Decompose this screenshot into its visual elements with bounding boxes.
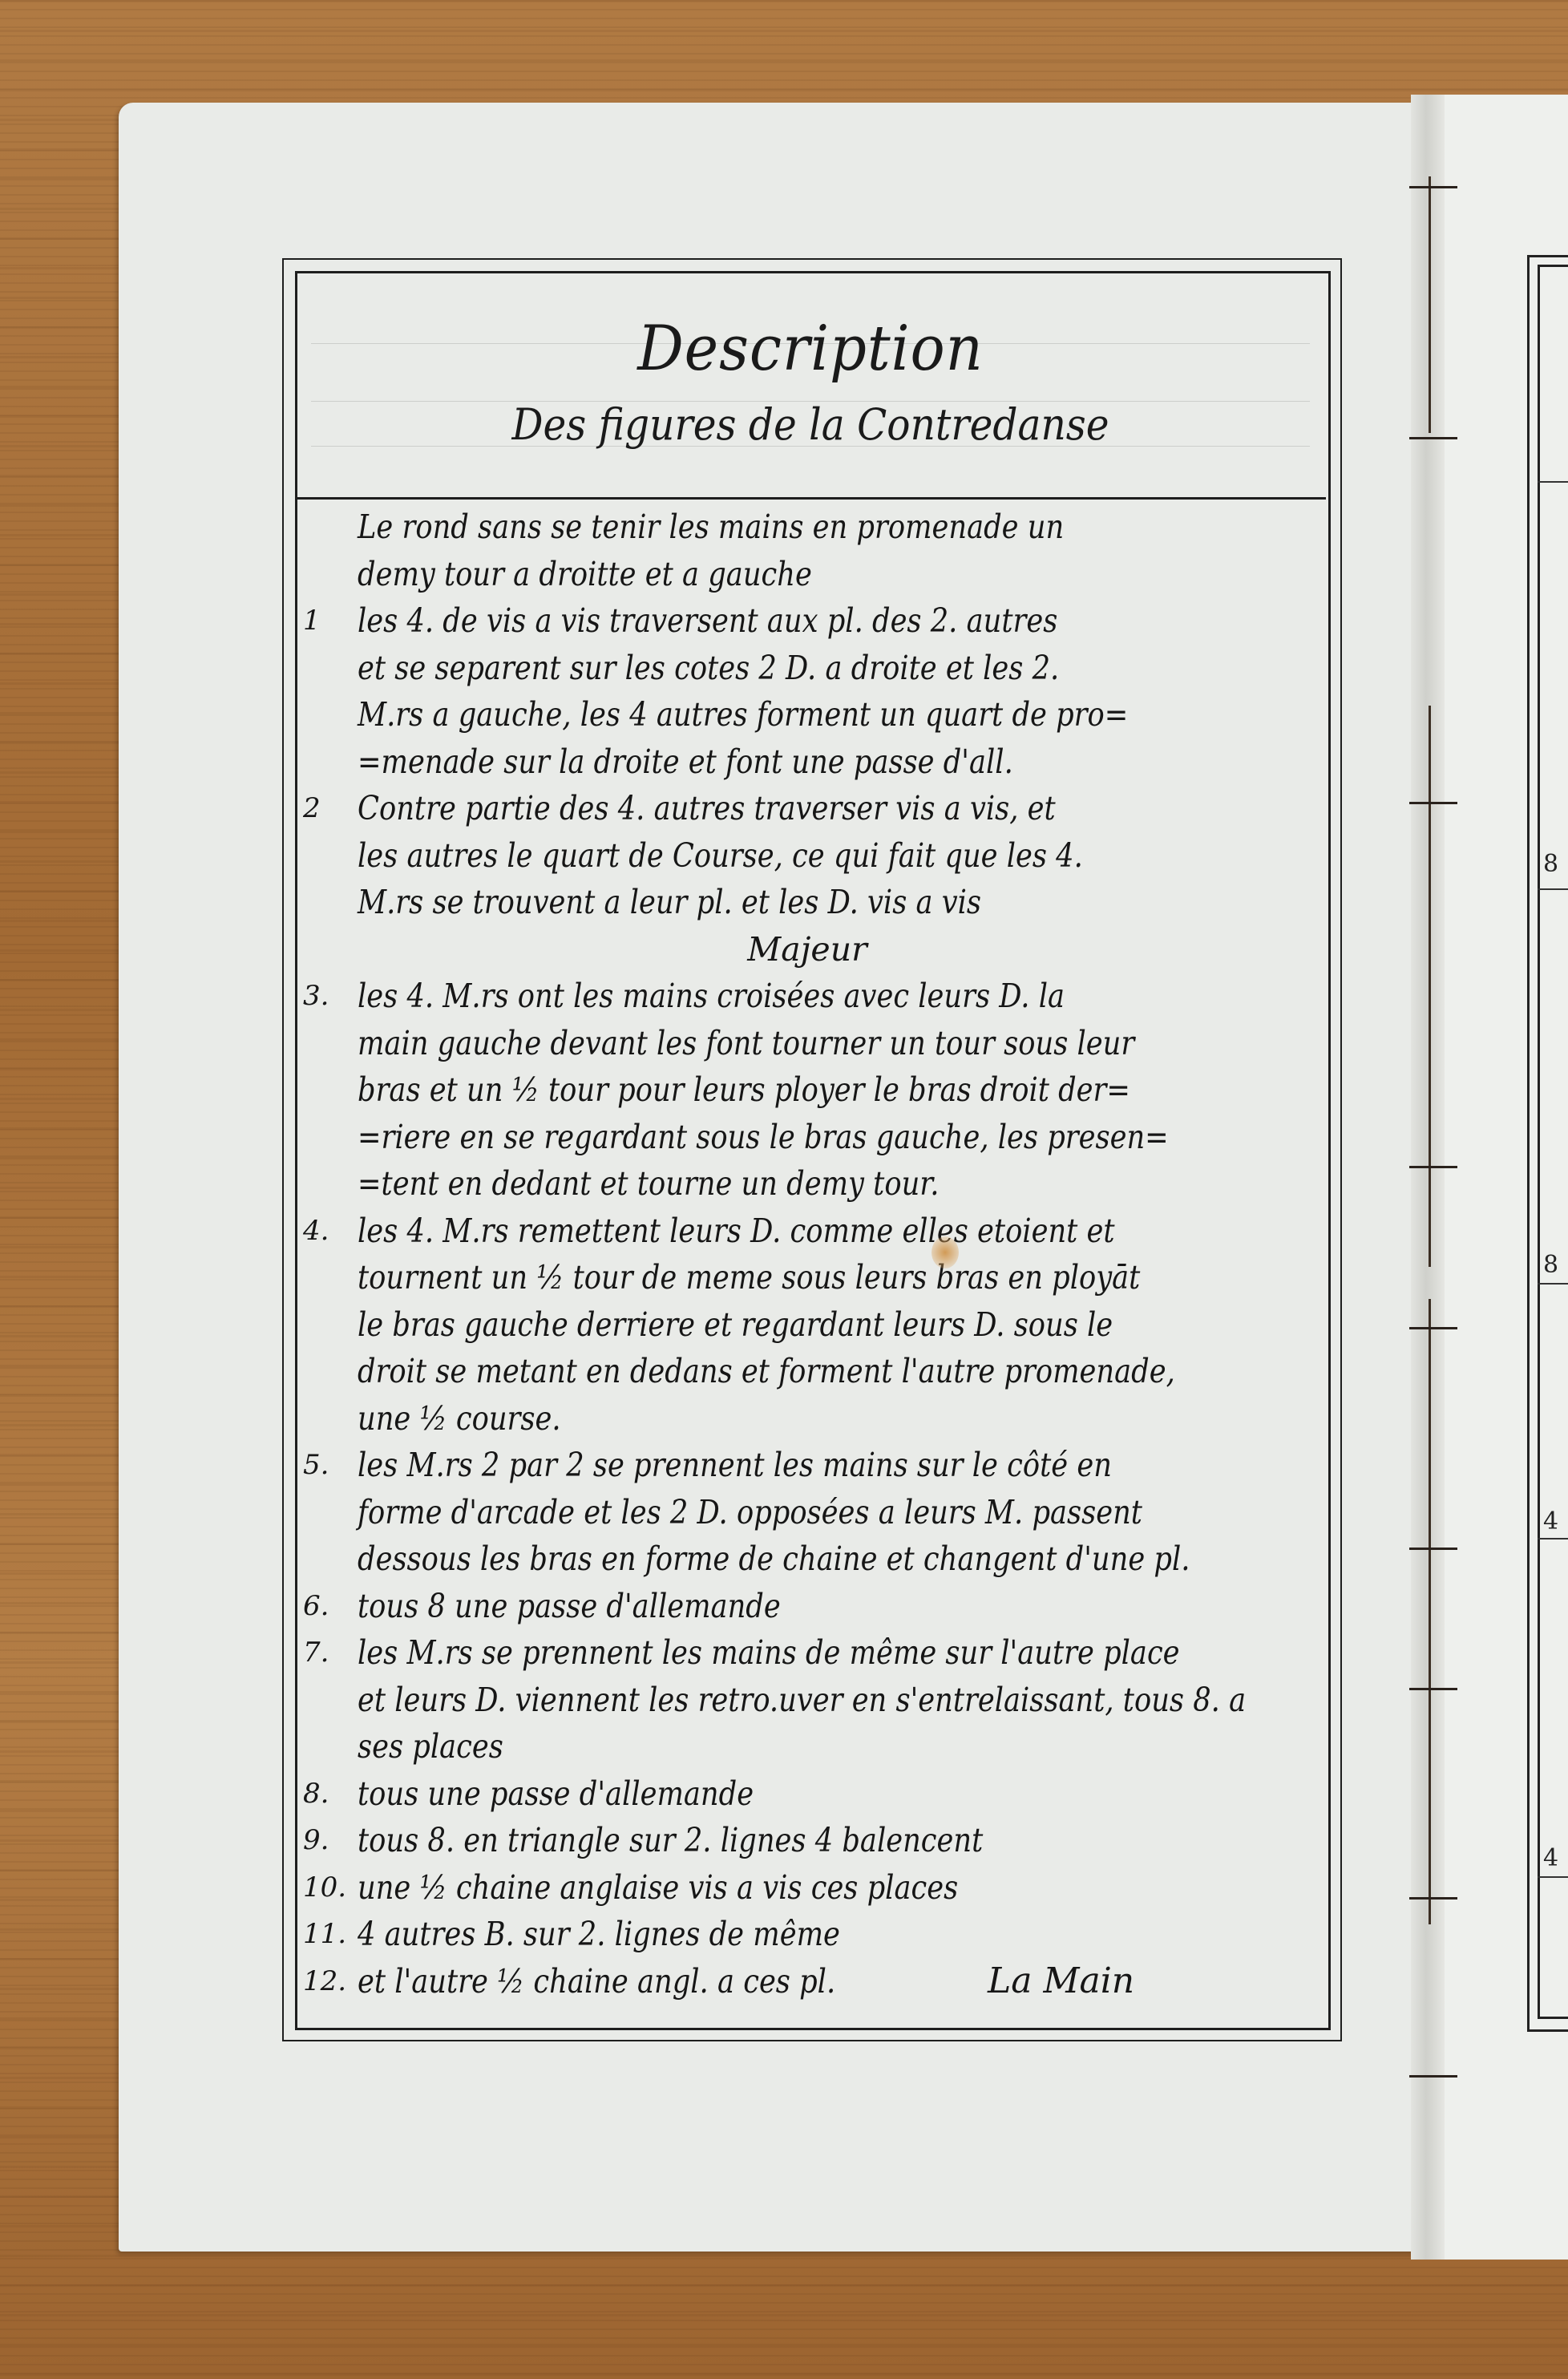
binding-thread [1429,1299,1431,1924]
figure-10: 10.une ½ chaine anglaise vis a vis ces p… [298,1864,1316,1912]
catchword-la-main: La Main [988,1958,1134,2005]
binding-stitch [1409,2075,1457,2078]
figure-7-cont: ses places [298,1723,1316,1770]
figure-5-cont: forme d'arcade et les 2 D. opposées a le… [298,1489,1316,1536]
page-title: Description [336,313,1284,385]
binding-stitch [1409,437,1457,439]
binding-thread [1429,176,1431,433]
figure-2-cont: M.rs se trouvent a leur pl. et les D. vi… [298,879,1316,926]
figure-number: 5. [303,1442,341,1489]
figure-number: 1 [303,597,341,645]
figure-9: 9.tous 8. en triangle sur 2. lignes 4 ba… [298,1817,1316,1864]
binding-stitch [1409,1897,1457,1900]
intro-line: demy tour a droitte et a gauche [298,551,1316,598]
figure-4-cont: le bras gauche derriere et regardant leu… [298,1301,1316,1349]
figure-1-cont: =menade sur la droite et font une passe … [298,738,1316,786]
facing-page-rule [1538,1876,1568,1878]
figure-5-cont: dessous les bras en forme de chaine et c… [298,1535,1316,1583]
figure-2-cont: les autres le quart de Course, ce qui fa… [298,832,1316,880]
binding-stitch [1409,1166,1457,1168]
figure-11: 11.4 autres B. sur 2. lignes de même [298,1911,1316,1958]
figure-5: 5.les M.rs 2 par 2 se prennent les mains… [298,1442,1316,1489]
figure-number: 11. [303,1911,341,1958]
figure-3-cont: bras et un ½ tour pour leurs ployer le b… [298,1066,1316,1114]
figure-number: 7. [303,1629,341,1677]
figure-number: 9. [303,1817,341,1864]
figure-number: 8. [303,1770,341,1818]
figure-3-cont: =riere en se regardant sous le bras gauc… [298,1114,1316,1161]
figure-7: 7.les M.rs se prennent les mains de même… [298,1629,1316,1677]
facing-page-frame-inner [1538,265,1568,2019]
binding-stitch [1409,1327,1457,1329]
figure-8: 8.tous une passe d'allemande [298,1770,1316,1818]
facing-page-rule [1538,888,1568,890]
facing-page-number: 4 [1543,1507,1558,1535]
figure-1: 1les 4. de vis a vis traversent aux pl. … [298,597,1316,645]
binding-thread [1429,706,1431,1267]
figure-4-cont: une ½ course. [298,1395,1316,1442]
intro-line: Le rond sans se tenir les mains en prome… [298,504,1316,551]
figure-1-cont: et se separent sur les cotes 2 D. a droi… [298,645,1316,692]
binding-stitch [1409,1688,1457,1690]
title-cartouche: Description Des figures de la Contredans… [295,271,1326,500]
figure-3: 3.les 4. M.rs ont les mains croisées ave… [298,973,1316,1020]
figure-3-cont: main gauche devant les font tourner un t… [298,1020,1316,1067]
figure-number: 2 [303,785,341,832]
facing-page-number: 8 [1543,850,1558,878]
figure-number: 4. [303,1208,341,1255]
figure-number: 6. [303,1583,341,1630]
binding-stitch [1409,802,1457,804]
figure-number: 10. [303,1864,341,1912]
page-subtitle: Des figures de la Contredanse [346,399,1274,450]
foxing-stain [932,1236,959,1268]
figure-number: 12. [303,1958,341,2005]
figure-12: 12.et l'autre ½ chaine angl. a ces pl.La… [298,1958,1316,2005]
figure-descriptions: Le rond sans se tenir les mains en prome… [298,504,1316,2005]
facing-page-number: 4 [1543,1844,1558,1872]
facing-page-rule [1538,481,1568,483]
binding-gutter [1411,95,1445,2260]
facing-page-rule [1538,1283,1568,1285]
binding-stitch [1409,1548,1457,1550]
figure-number: 3. [303,973,341,1020]
figure-2: 2Contre partie des 4. autres traverser v… [298,785,1316,832]
section-heading-majeur: Majeur [298,926,1316,973]
figure-4-cont: droit se metant en dedans et forment l'a… [298,1348,1316,1395]
figure-1-cont: M.rs a gauche, les 4 autres forment un q… [298,691,1316,738]
figure-6: 6.tous 8 une passe d'allemande [298,1583,1316,1630]
binding-stitch [1409,186,1457,188]
figure-7-cont: et leurs D. viennent les retro.uver en s… [298,1677,1316,1724]
figure-4: 4.les 4. M.rs remettent leurs D. comme e… [298,1208,1316,1255]
facing-page-rule [1538,1538,1568,1539]
facing-page-number: 8 [1543,1251,1558,1279]
figure-3-cont: =tent en dedant et tourne un demy tour. [298,1160,1316,1208]
figure-4-cont: tournent un ½ tour de meme sous leurs br… [298,1254,1316,1301]
